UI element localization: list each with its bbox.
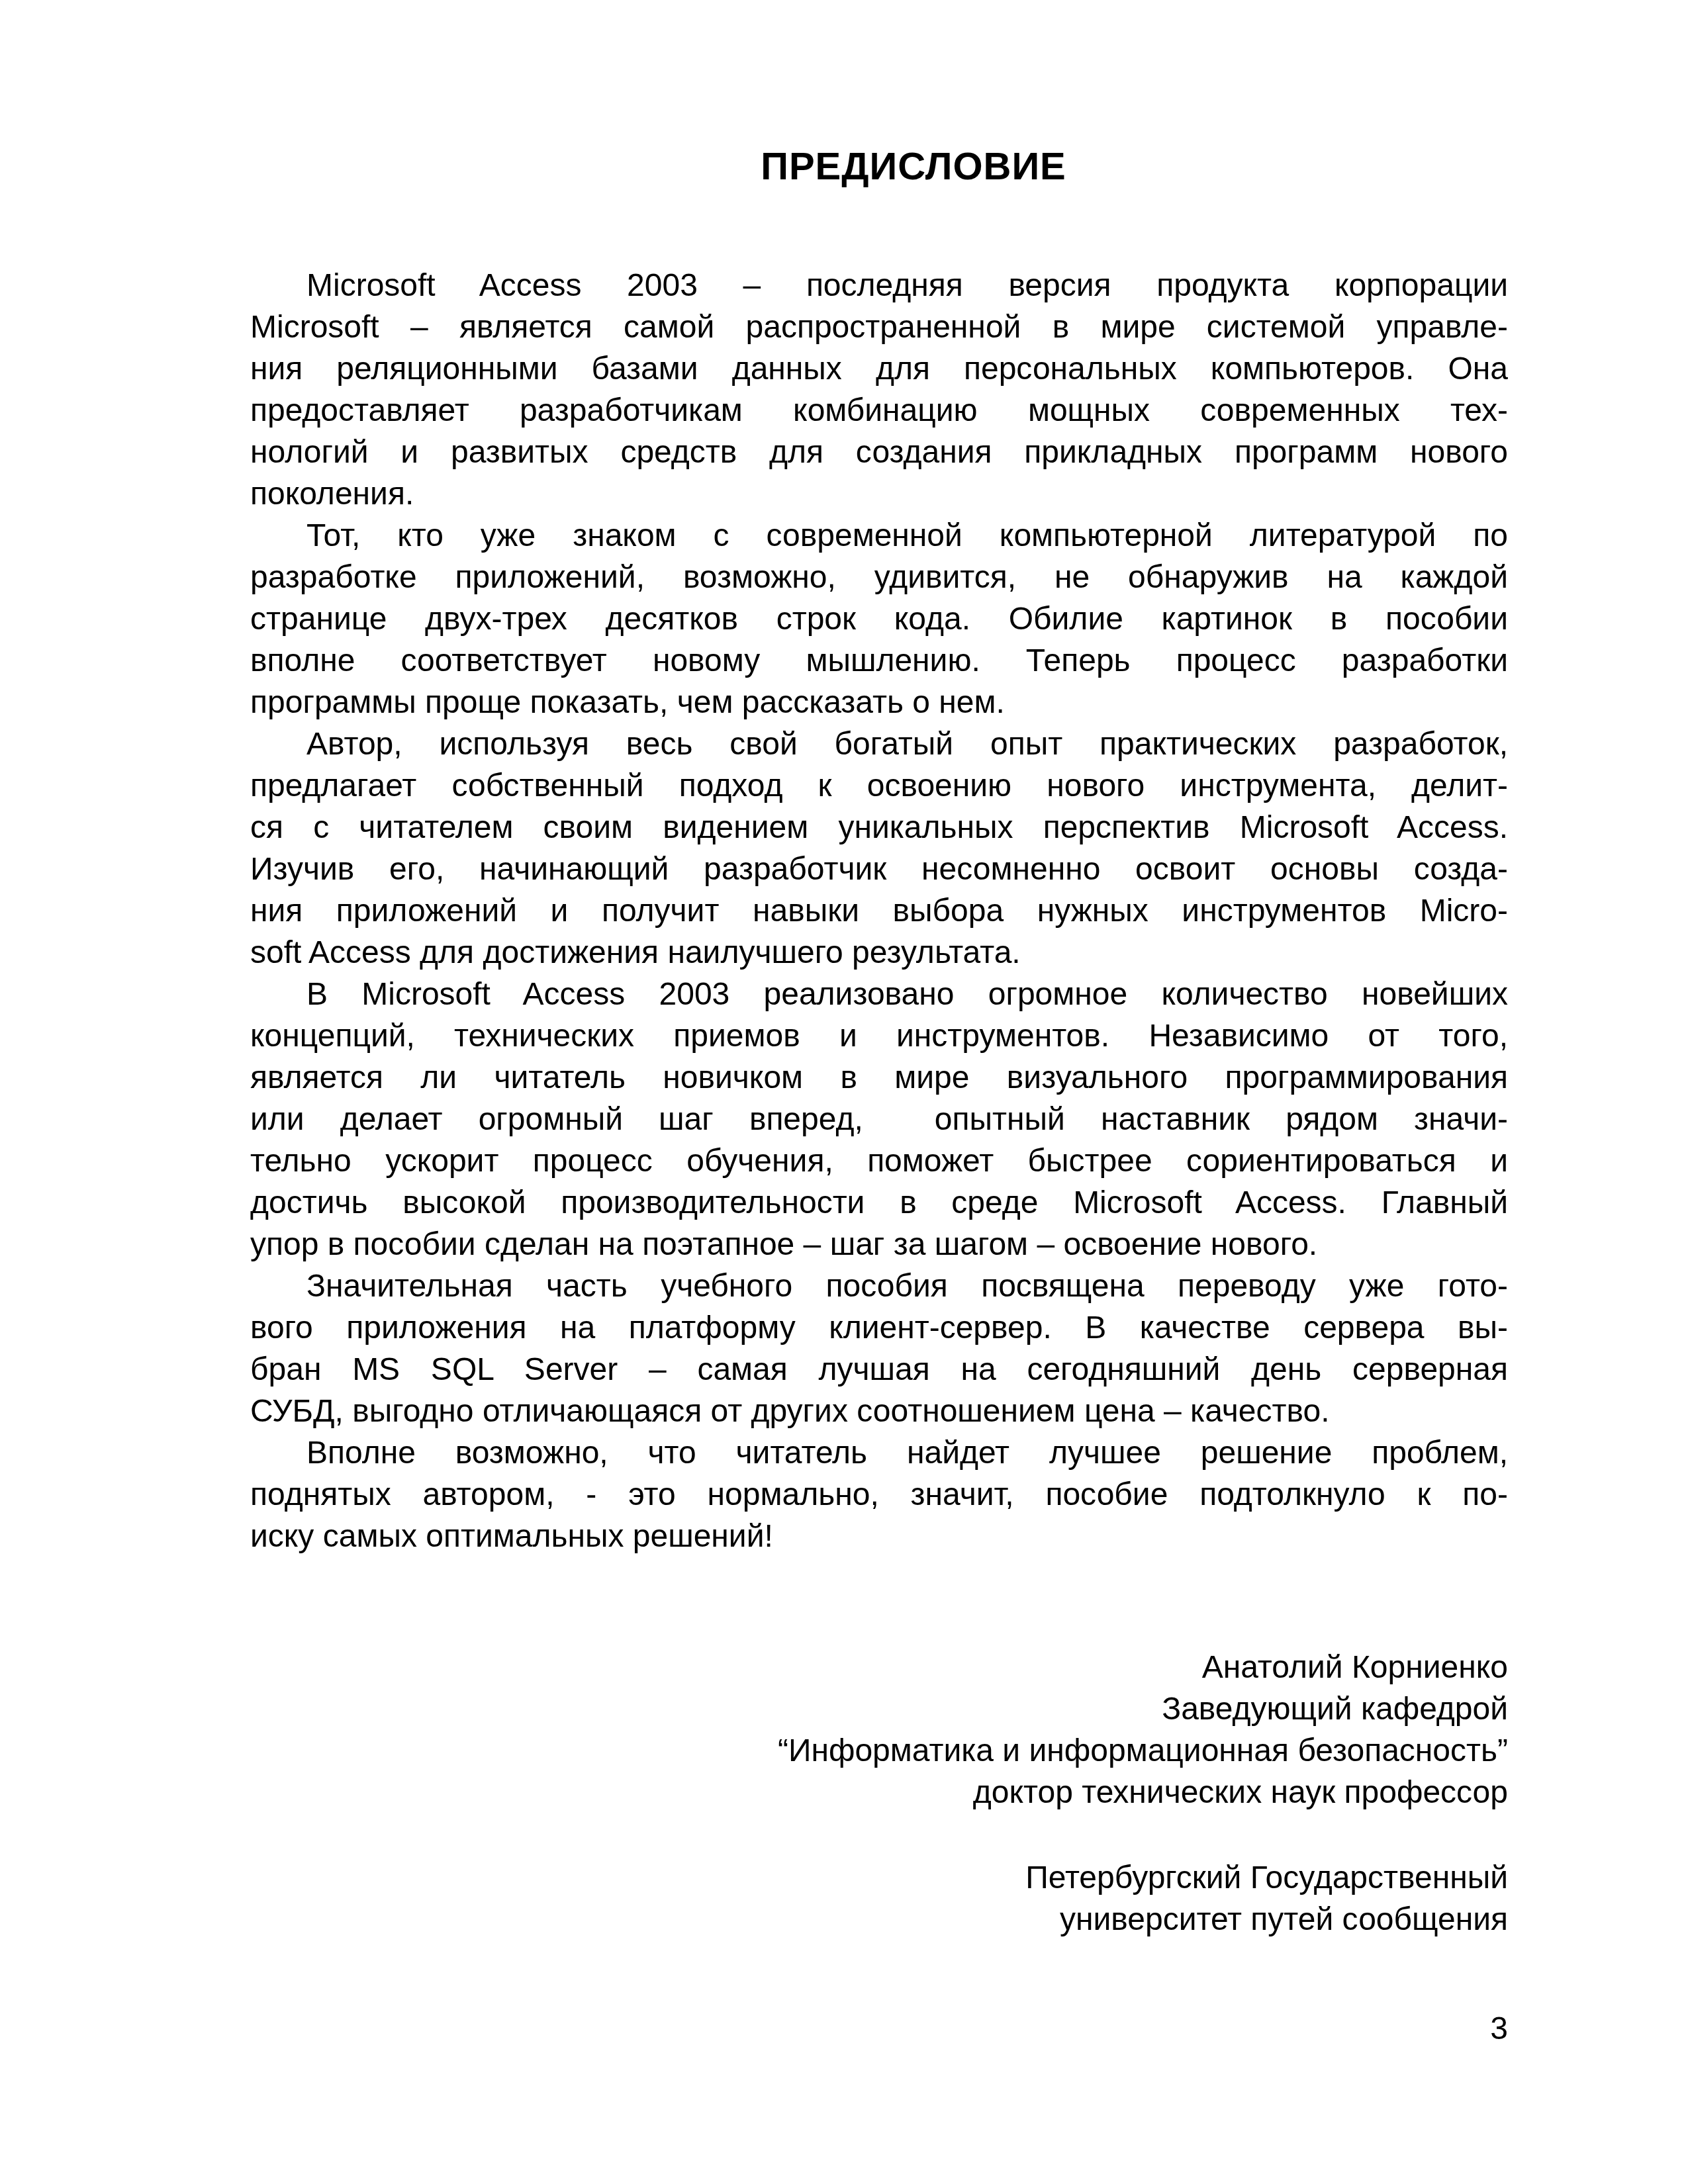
preface-line: программы проще показать, чем рассказать… [250, 682, 1508, 723]
signature-degree: доктор технических наук профессор [250, 1772, 1508, 1813]
preface-paragraph: Вполне возможно, что читатель найдет луч… [250, 1432, 1508, 1557]
signature-position: Заведующий кафедрой [250, 1688, 1508, 1730]
preface-line: предлагает собственный подход к освоению… [250, 765, 1508, 807]
preface-line: ния приложений и получит навыки выбора н… [250, 890, 1508, 932]
preface-line: ния реляционными базами данных для персо… [250, 348, 1508, 390]
page-number: 3 [250, 2011, 1508, 2048]
preface-line: вого приложения на платформу клиент-серв… [250, 1307, 1508, 1349]
preface-line: Значительная часть учебного пособия посв… [250, 1265, 1508, 1307]
preface-line: вполне соответствует новому мышлению. Те… [250, 640, 1508, 682]
preface-line: Изучив его, начинающий разработчик несом… [250, 848, 1508, 890]
preface-line: soft Access для достижения наилучшего ре… [250, 932, 1508, 974]
preface-line: является ли читатель новичком в мире виз… [250, 1057, 1508, 1099]
preface-line: достичь высокой производительности в сре… [250, 1182, 1508, 1224]
preface-line: концепций, технических приемов и инструм… [250, 1015, 1508, 1057]
preface-line: Тот, кто уже знаком с современной компью… [250, 515, 1508, 557]
preface-line: странице двух-трех десятков строк кода. … [250, 598, 1508, 640]
preface-line: Вполне возможно, что читатель найдет луч… [250, 1432, 1508, 1474]
preface-line: упор в пособии сделан на поэтапное – шаг… [250, 1224, 1508, 1265]
preface-paragraph: Значительная часть учебного пособия посв… [250, 1265, 1508, 1432]
preface-line: В Microsoft Access 2003 реализовано огро… [250, 974, 1508, 1015]
preface-line: нологий и развитых средств для создания … [250, 432, 1508, 473]
preface-line: Microsoft Access 2003 – последняя версия… [250, 265, 1508, 306]
signature-department: “Информатика и информационная безопаснос… [250, 1730, 1508, 1772]
preface-line: разработке приложений, возможно, удивитс… [250, 557, 1508, 598]
preface-line: Автор, используя весь свой богатый опыт … [250, 723, 1508, 765]
preface-paragraph: В Microsoft Access 2003 реализовано огро… [250, 974, 1508, 1265]
signature-author-name: Анатолий Корниенко [250, 1647, 1508, 1688]
institution-block: Петербургский Государственный университе… [250, 1857, 1508, 1940]
preface-paragraph: Автор, используя весь свой богатый опыт … [250, 723, 1508, 974]
page-title: ПРЕДИСЛОВИЕ [250, 144, 1508, 189]
preface-line: поднятых автором, - это нормально, значи… [250, 1474, 1508, 1516]
signature-block: Анатолий Корниенко Заведующий кафедрой “… [250, 1647, 1508, 1813]
preface-line: Microsoft – является самой распространен… [250, 306, 1508, 348]
preface-line: СУБД, выгодно отличающаяся от других соо… [250, 1390, 1508, 1432]
preface-line: иску самых оптимальных решений! [250, 1516, 1508, 1557]
preface-line: бран MS SQL Server – самая лучшая на сег… [250, 1349, 1508, 1390]
preface-line: предоставляет разработчикам комбинацию м… [250, 390, 1508, 432]
preface-line: или делает огромный шаг вперед, опытный … [250, 1099, 1508, 1140]
preface-line: ся с читателем своим видением уникальных… [250, 807, 1508, 848]
preface-body: Microsoft Access 2003 – последняя версия… [250, 265, 1508, 1557]
preface-paragraph: Microsoft Access 2003 – последняя версия… [250, 265, 1508, 515]
scanned-book-page: ПРЕДИСЛОВИЕ Microsoft Access 2003 – посл… [0, 0, 1688, 2184]
institution-line: университет путей сообщения [250, 1899, 1508, 1940]
preface-paragraph: Тот, кто уже знаком с современной компью… [250, 515, 1508, 723]
preface-line: тельно ускорит процесс обучения, поможет… [250, 1140, 1508, 1182]
preface-line: поколения. [250, 473, 1508, 515]
institution-line: Петербургский Государственный [250, 1857, 1508, 1899]
